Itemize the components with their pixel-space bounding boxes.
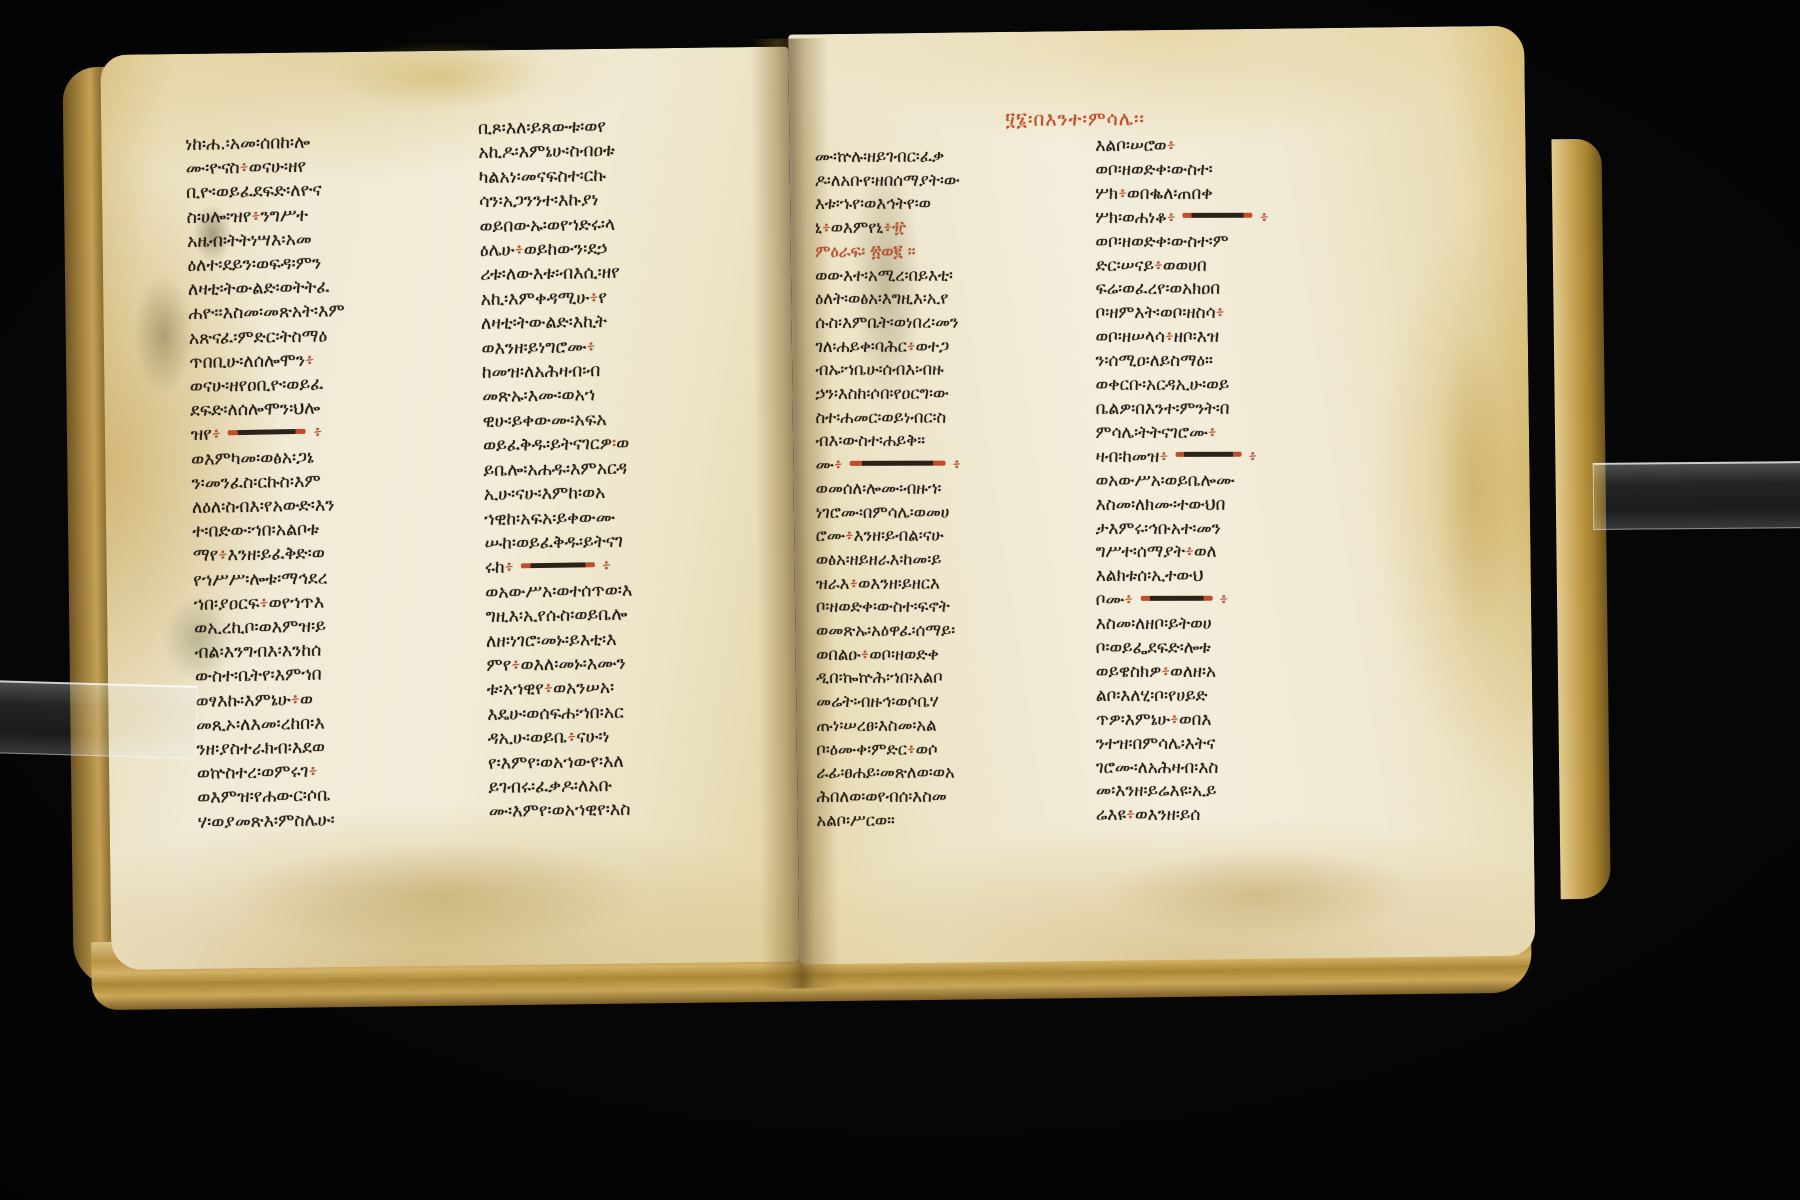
rubric-text-segment: ፥ (239, 158, 249, 178)
plastic-page-weight-strip-left (0, 680, 198, 759)
text-segment: ጡነ፡ሠረፀ፡እስመ፡አል (816, 716, 936, 735)
text-segment: ሐዮ፡፡እስመ፡መጽአት፡እም (188, 302, 345, 325)
text-segment: ወበልዑ (816, 645, 861, 664)
manuscript-text-line: †ጥዎ፡እምኔሁ፥ወበእ (1096, 708, 1444, 732)
manuscript-text-line: ወፅአ፡ዘይዘራእ፡ከመ፡ይ (816, 547, 1096, 571)
text-segment: እዴሁ፡ወሰፍሐ፡ኀበ፡አር (487, 702, 624, 724)
manuscript-text-line: ስተ፡ሐመር፡ወይነብር፡ስ (815, 405, 1095, 429)
text-segment: ምየ (486, 655, 511, 675)
manuscript-text-line: ምሳሌ፡ትትናገሮሙ፥ (1096, 421, 1444, 445)
manuscript-text-line: ወቦ፡ዘወድቀ፡ውስተ፡ም (1095, 230, 1443, 254)
section-divider-rule (228, 429, 306, 435)
text-segment: ንተዝ፡በምሳሌ፡እትና (1096, 733, 1215, 753)
text-segment: ወመጽኡ፡አዕዋፈ፡ሰማይ፡ (816, 621, 955, 640)
text-segment: ዊሁ፡ይቀውሙ፡አፍአ (482, 410, 606, 432)
text-segment: ን፡መንፈስ፡ርኩስ፡እም (191, 471, 321, 493)
manuscript-text-line: †ቦሙ፥፥ (1096, 589, 1444, 613)
text-segment: ወአውሥአ፡ወተሰጥወ፡እ (485, 580, 632, 602)
manuscript-text-line: ግሥተ፡ሰማያት፥ወለ (1096, 541, 1444, 565)
rubric-text-segment: ፥ (1219, 590, 1228, 610)
text-segment: ወውእተ፡አሚረ፡በይእቲ፡ (815, 265, 953, 284)
text-segment: ስ፡ሀሎ፡ዝየ (186, 206, 251, 227)
text-segment: እቱ፡ኁየ፡ወእኅትየ፡ወ (815, 194, 931, 213)
manuscript-text-line: ሬእዩ፥ወእንዘ፡ይሰ (1096, 804, 1444, 828)
text-segment: ታእምሩ፡ኅቡአተ፡መን (1096, 518, 1221, 538)
text-segment: ወይከውን፡ደኃ (524, 239, 608, 260)
text-segment: ን፡ሰሚዐ፡ለይስማዕ። (1096, 351, 1213, 371)
text-segment: ፍሬ፡ወፈረየ፡ወአክዐበ (1095, 279, 1220, 299)
text-segment: ወኵስተረ፡ወምሩገ (197, 762, 309, 784)
text-segment: ለዛቲ፡ትውልድ፡ወትትፈ (188, 278, 330, 301)
rubric-text-segment: ፥ (1170, 710, 1179, 730)
text-segment: ብኡ፡ኀቤሁ፡ሰብእ፡ብዙ (815, 360, 943, 379)
text-segment: ቦ፡ዕሙቀ፡ምድር (816, 739, 907, 758)
text-segment: ብል፡እንግብእ፡እንከሰ (194, 641, 321, 663)
manuscript-text-line: ወአውሥአ፡ወይቤሎሙ (1096, 469, 1444, 493)
text-segment: ሡከ፡ወይፈቅዱ፡ይትናገ (484, 532, 623, 554)
rubric-text-segment: ፥፹ (883, 218, 906, 237)
text-segment: ሬእዩ (1096, 805, 1126, 825)
manuscript-text-line: ሦክ፡ወሐነቆ፥፥ (1095, 206, 1443, 230)
text-segment: ወሶ (916, 739, 938, 758)
rubric-text-segment: ምዕራፍ፡ ፳ወ፪ ፡፡ (815, 242, 916, 261)
text-segment: ዶ፡ለአቡየ፡ዘበሰማያት፡ው (815, 170, 960, 189)
manuscript-text-line: ወይዌስክዎ፥ወለዘ፡አ (1096, 661, 1444, 685)
text-segment: ሪቱ፡ለውእቱ፡ብእሲ፡ዘየ (480, 263, 620, 285)
text-segment: ማየ (193, 546, 219, 566)
text-segment: ዕለት፡ወፅአ፡እግዚእ፡ኢየ (815, 289, 948, 308)
text-segment: ወአውሥአ፡ወይቤሎሙ (1096, 470, 1235, 490)
text-segment: ኃን፡እስከ፡ሶበ፡የዐርግ፡ው (815, 384, 948, 403)
text-segment: ሕበለወ፡ወየብሰ፡እስመ (816, 787, 946, 806)
text-segment: ኢሁ፡ናሁ፡እምከ፡ወአ (484, 483, 606, 505)
section-divider-rule (1183, 213, 1253, 218)
text-segment: ለዕለ፡ስብእ፡የአውድ፡እን (192, 495, 335, 518)
text-segment: ወበእ (1179, 710, 1212, 730)
text-segment: ውስተ፡ቤትየ፡እምኀበ (195, 665, 322, 687)
text-segment: ዝየ (190, 425, 211, 445)
rubric-text-segment: ፥ (1248, 447, 1257, 467)
rubric-text-segment: ፥ (313, 423, 323, 443)
text-segment: ወቦ፡ዘወድቀ (869, 644, 938, 663)
text-segment: ቦሙ (1096, 590, 1125, 610)
manuscript-text-line: እቱ፡ኁየ፡ወእኅትየ፡ወ (815, 192, 1095, 216)
text-segment: ብእ፡ውስተ፡ሐይቅ። (816, 431, 926, 450)
rubric-text-segment: ፥ (1124, 590, 1133, 610)
text-segment: እልቦ፡ሠሮወ (1095, 136, 1166, 156)
text-segment: እስመ፡ለክሙ፡ተውህበ (1096, 494, 1226, 514)
rubric-text-segment: ፥ (1260, 207, 1269, 227)
text-segment: ወበቈለ፡ጠበቀ (1127, 184, 1213, 204)
open-manuscript-book: ፶፮፡በእንተ፡ምሳሌ፡፡ ነከ፡ሐ.፡አመ፡ሰበከ፡ሎሙ፡ዮናስ፥ወናሁ፡ዘየ… (62, 19, 1619, 1016)
text-segment: ይገብሩ፡ፈቃዶ፡ለአቡ (488, 776, 612, 798)
manuscript-text-line: ፍሬ፡ወፈረየ፡ወአክዐበ (1095, 278, 1443, 302)
text-segment: ንዘ፡ያስተራክብ፡እደወ (196, 738, 325, 760)
text-segment: ገለ፡ሐይቀ፡ባሕር (815, 336, 907, 355)
manuscript-text-line: ወመጽኡ፡አዕዋፈ፡ሰማይ፡ (816, 618, 1096, 642)
rubric-text-segment: ፥ (218, 546, 228, 566)
text-segment: ወ (616, 434, 629, 454)
text-segment: ወ (300, 689, 313, 709)
manuscript-text-line: ወቦ፡ዘወድቀ፡ውስተ፡ (1095, 159, 1443, 183)
text-segment: ወፃእኩ፡እምኔሁ (195, 690, 291, 712)
manuscript-text-line: ዝራእ፥ወእንዘ፡ይዘርእ (816, 571, 1096, 595)
rubric-text-segment: ፥ (1167, 208, 1176, 228)
manuscript-text-line: ዶ፡ለአቡየ፡ዘበሰማያት፡ው (815, 168, 1095, 192)
text-segment: ወአንሠአ፡ (553, 678, 614, 699)
manuscript-text-line: ነገሮሙ፡በምሳሌ፡ወመሀ (816, 500, 1096, 524)
text-segment: ራፊ፡ፀሐይ፡መጽለወ፡ወአ (816, 763, 954, 782)
rubric-text-segment: ፥ (514, 240, 524, 260)
text-segment: መጺኦ፡ለእመ፡ረከበ፡እ (196, 713, 325, 735)
text-segment: ቢዮ፡ወይፈደፍድ፡ለዮና (186, 181, 322, 203)
text-segment: ቦ፡ዘምእት፡ወቦ፡ዘስሳ (1095, 303, 1215, 323)
text-segment: ወእንዘ፡ይዘርእ (858, 573, 940, 592)
right-page-column-1: ሙ፡ኵሉ፡ዘይገብር፡ፈቃዶ፡ለአቡየ፡ዘበሰማያት፡ውእቱ፡ኁየ፡ወእኅትየ፡… (815, 144, 1097, 835)
text-segment: እስመ፡ለዘቦ፡ይትወሀ (1096, 614, 1212, 634)
text-segment: ስተ፡ሐመር፡ወይነብር፡ስ (815, 407, 946, 426)
manuscript-text-line: †ዛብ፡ከመዝ፥፥ (1096, 445, 1444, 469)
text-segment: እንዘ፡ይብል፡ናሁ (854, 526, 944, 545)
manuscript-text-line: ወቦ፡ዘሠላሳ፥ዘቦ፡እዝ (1095, 326, 1443, 350)
text-segment: ወእምየኒ (831, 218, 884, 237)
manuscript-text-line: ብእ፡ውስተ፡ሐይቅ። (816, 429, 1096, 453)
text-segment: ኀዊከ፡አፍአ፡ይቀውሙ (484, 507, 615, 529)
manuscript-text-line: ልቦ፡እለሂ፡ቦ፡የሀይድ (1096, 684, 1444, 708)
text-segment: የ፡እምየ፡ወአኀውየ፡እለ (488, 751, 624, 773)
section-divider-rule (1175, 452, 1241, 457)
text-segment: ኀበ፡ያዐርፍ (194, 594, 260, 615)
section-divider-rule (1140, 596, 1212, 601)
rubric-text-segment: ፥ (1126, 805, 1135, 825)
text-segment: ጥዎ፡እምኔሁ (1096, 710, 1170, 730)
text-segment: ልቦ፡እለሂ፡ቦ፡የሀይድ (1096, 686, 1208, 706)
text-segment: ወእምዝ፡የሐውር፡ሶቤ (197, 786, 331, 808)
rubric-text-segment: ፥ (511, 655, 521, 675)
manuscript-text-line: ን፡ሰሚዐ፡ለይስማዕ። (1096, 350, 1444, 374)
text-segment: ምሳሌ፡ትትናገሮሙ (1096, 423, 1208, 443)
manuscript-text-line: ምዕራፍ፡ ፳ወ፪ ፡፡ (815, 239, 1095, 263)
text-segment: ወእለ፡መኑ፡እሙን (520, 654, 625, 676)
manuscript-text-line: ዲበ፡ኰኵሕ፡ኀበ፡አልቦ (816, 666, 1096, 690)
text-segment: ገሮሙ፡ለአሕዛብ፡እስ (1096, 757, 1219, 777)
text-segment: ወመሰለ፡ሎሙ፡ብዙኀ፡ (816, 478, 942, 497)
section-divider-rule (850, 461, 946, 466)
manuscript-text-line: መሬት፡ብዙኅ፡ወሶቤሃ (816, 689, 1096, 713)
rubric-text-segment: ፥ (861, 645, 870, 664)
text-segment: ሮሙ (816, 526, 845, 545)
text-segment: ንግሥተ (260, 205, 308, 226)
text-segment: ቤልዎ፡በእንተ፡ምንት፡በ (1096, 399, 1230, 419)
rubric-text-segment: ፥ (504, 558, 514, 578)
text-segment: ወኢረኪቦ፡ወእምዝ፡ይ (194, 617, 326, 639)
manuscript-text-line: ወመሰለ፡ሎሙ፡ብዙኀ፡ (816, 476, 1096, 500)
text-segment: ወቦ፡ዘሠላሳ (1096, 327, 1165, 347)
manuscript-text-line: ፪ቦ፡ወይፌደፍድ፡ሎቱ (1096, 637, 1444, 661)
text-segment: ሱስ፡እምቤት፡ወነበረ፡መን (815, 313, 958, 332)
rubric-text-segment: ፥ (1118, 184, 1127, 204)
text-segment: ድር፡ሠናይ (1095, 255, 1153, 275)
text-segment: ሳን፡አጋንንተ፡እኩያነ (479, 190, 599, 212)
rubric-text-segment: ፥ (907, 336, 916, 355)
rubric-text-segment: ፥ (1208, 423, 1217, 443)
text-segment: አዜብ፡ትትነሣእ፡አመ (187, 230, 312, 252)
right-page-column-2: ፥—እልቦ፡ሠሮወ፥ወቦ፡ዘወድቀ፡ውስተ፡ሦክ፥ወበቈለ፡ጠበቀሦክ፡ወሐነቆ… (1095, 135, 1444, 835)
text-segment: መጽኡ፡እሙ፡ወአኀ (482, 386, 595, 408)
text-segment: ለዛቲ፡ትውልድ፡እኪት (481, 312, 607, 334)
manuscript-text-line: ቦ፡ዕሙቀ፡ምድር፥ወሶ (816, 737, 1096, 761)
manuscript-text-line: ገለ፡ሐይቀ፡ባሕር፥ወተጋ (815, 334, 1095, 358)
manuscript-text-line: ጡነ፡ሠረፀ፡እስመ፡አል (816, 713, 1096, 737)
manuscript-text-line: ፮ዕለት፡ወፅአ፡እግዚእ፡ኢየ (815, 286, 1095, 310)
text-segment: ቦ፡ዘወድቀ፡ውስተ፡ፍኖት (816, 597, 950, 616)
manuscript-text-line: ቦ፡ዘወድቀ፡ውስተ፡ፍኖት (816, 595, 1096, 619)
manuscript-text-line: ቦ፡ዘምእት፡ወቦ፡ዘስሳ፥ (1095, 302, 1443, 326)
text-segment: ወወሀበ (1163, 255, 1207, 275)
rubric-text-segment: ፥ (251, 206, 261, 226)
text-segment: ሩከ (485, 558, 505, 578)
manuscript-text-line: ፹፮ኒ፥ወእምየኒ፥፹ (815, 215, 1095, 239)
manuscript-text-line: ሙ፡እምየ፡ወአኀዊየ፡እስ (489, 795, 811, 824)
text-segment: አኪ፡እምቀዳሚሁ (481, 288, 590, 310)
text-segment: ወእምካመ፡ወፅአ፡ጋኔ (191, 447, 314, 469)
manuscript-photograph: ፶፮፡በእንተ፡ምሳሌ፡፡ ነከ፡ሐ.፡አመ፡ሰበከ፡ሎሙ፡ዮናስ፥ወናሁ፡ዘየ… (0, 0, 1800, 1200)
text-segment: ወእንዘ፡ይነግሮሙ (481, 337, 586, 359)
rubric-text-segment: ፥ (834, 455, 843, 474)
text-segment: ወለ (1194, 542, 1217, 562)
rubric-text-segment: ፥ (589, 288, 599, 308)
manuscript-text-line: ገሮሙ፡ለአሕዛብ፡እስ (1096, 756, 1444, 780)
text-segment: ሦክ፡ወሐነቆ (1095, 208, 1166, 228)
rubric-text-segment: ፥ (953, 455, 962, 474)
text-segment: ወእንዘ፡ይሰ (1135, 805, 1200, 825)
rubric-text-segment: ፥ (259, 593, 269, 613)
manuscript-text-line: ኰ፫ንተዝ፡በምሳሌ፡እትና (1096, 732, 1444, 756)
manuscript-text-line: ሙ፥፥ (816, 452, 1096, 476)
manuscript-text-line: ራፊ፡ፀሐይ፡መጽለወ፡ወአ (816, 761, 1096, 785)
text-segment: ዕሌሁ (480, 240, 515, 261)
text-segment: አልቦ፡ሥርወ። (817, 810, 895, 829)
text-segment: እንዘ፡ይፈቅድ፡ወ (227, 544, 325, 566)
manuscript-text-line: ሕበለወ፡ወየብሰ፡እስመ (816, 784, 1096, 808)
manuscript-text-line: ሱስ፡እምቤት፡ወነበረ፡መን (815, 310, 1095, 334)
text-segment: ሦክ (1095, 184, 1118, 204)
text-segment: ሙ፡ዮናስ (186, 158, 240, 179)
manuscript-text-line: አልቦ፡ሥርወ። (817, 808, 1097, 832)
text-segment: ዲበ፡ኰኵሕ፡ኀበ፡አልቦ (816, 668, 943, 687)
manuscript-text-line: ሙ፡ኵሉ፡ዘይገብር፡ፈቃ (815, 144, 1095, 168)
text-segment: ሙ፡ኵሉ፡ዘይገብር፡ፈቃ (815, 147, 944, 166)
rubric-text-segment: ፥ (212, 425, 222, 445)
text-segment: ወለዘ፡አ (1170, 662, 1216, 682)
text-segment: ለዘ፡ነገሮ፡መኑ፡ይእቲ፡እ (486, 629, 617, 651)
text-segment: መሬት፡ብዙኅ፡ወሶቤሃ (816, 692, 938, 711)
rubric-section-header: ፶፮፡በእንተ፡ምሳሌ፡፡ (1005, 107, 1335, 131)
manuscript-text-line: ድር፡ሠናይ፥ወወሀበ (1095, 254, 1443, 278)
text-segment: ከመዝ፡ለአሕዛብ፡ብ (482, 361, 601, 383)
manuscript-text-line: ወቀርቡ፡አርዳኢሁ፡ወይ (1096, 374, 1444, 398)
text-segment: ቦ፡ወይፌደፍድ፡ሎቱ (1096, 638, 1211, 658)
text-segment: ወቦ፡ዘወድቀ፡ውስተ፡ (1095, 160, 1212, 180)
text-segment: ተ፡በድው፡ኀበ፡አልቦቱ (192, 520, 319, 542)
rubric-text-segment: ፥ (586, 337, 596, 357)
text-segment: የኀሥሥ፡ሎቱ፡ማኅደረ (193, 568, 327, 590)
text-segment: ይቤሎ፡አሐዱ፡እምአርዳ (483, 458, 627, 480)
manuscript-text-line: እልክቱሰ፡ኢተውህ (1096, 565, 1444, 589)
manuscript-text-line: ጠዐወውእተ፡አሚረ፡በይእቲ፡ (815, 263, 1095, 287)
text-segment: ወፅአ፡ዘይዘራእ፡ከመ፡ይ (816, 550, 942, 569)
text-segment: ነከ፡ሐ.፡አመ፡ሰበከ፡ሎ (185, 133, 310, 155)
text-segment: ወተጋ (916, 336, 950, 355)
text-segment: ዝራእ (816, 574, 850, 593)
left-page-column-2: ቢጾ፡እለ፡ይጸውቱ፡ወየአኪዶ፡እምኔሁ፡ስብዐቱካልአነ፡መናፍስተ፡ርኩሳ… (478, 112, 811, 829)
rubric-text-segment: ፥ (305, 351, 315, 371)
section-divider-rule (521, 562, 595, 568)
text-segment: ዘቦ፡እዝ (1174, 327, 1219, 347)
manuscript-text-line: ወበልዑ፥ወቦ፡ዘወድቀ (816, 642, 1096, 666)
manuscript-text-line: ቤልዎ፡በእንተ፡ምንት፡በ (1096, 398, 1444, 422)
rubric-text-segment: ፥ (1159, 447, 1168, 467)
text-segment: ሙ (816, 455, 834, 474)
rubric-text-segment: ፥ (1185, 542, 1194, 562)
text-segment: ወይፈቅዱ፡ይትናገርዎ (483, 434, 612, 456)
rubric-text-segment: ፥ (602, 556, 612, 576)
rubric-text-segment: ፥ (308, 762, 318, 782)
rubric-text-segment: ፥ (845, 526, 854, 545)
manuscript-text-line: ብኡ፡ኀቤሁ፡ሰብእ፡ብዙ (815, 358, 1095, 382)
rubric-text-segment: ፥ (567, 728, 577, 748)
text-segment: ዛብ፡ከመዝ (1096, 447, 1160, 467)
manuscript-text-line: ታእምሩ፡ኅቡአተ፡መን (1096, 517, 1444, 541)
text-segment: ዳኢሁ፡ወይቤ (487, 728, 567, 749)
text-segment: ወይበውኡ፡ወየኀድሩ፡ላ (479, 214, 615, 236)
rubric-text-segment: ፥ (849, 574, 858, 593)
text-segment: ዕለተ፡ደይን፡ወፍዳ፡ምን (187, 254, 321, 276)
rubric-text-segment: ፥ (1165, 327, 1174, 347)
text-segment: ወናሁ፡ዘየ (249, 157, 307, 178)
manuscript-text-line: ፥—እልቦ፡ሠሮወ፥ (1095, 135, 1443, 159)
text-segment: መ፡እንዘ፡ይሬእዩ፡ኢይ (1096, 781, 1217, 801)
text-segment: የ (598, 288, 607, 308)
text-segment: እልክቱሰ፡ኢተውህ (1096, 566, 1204, 586)
text-segment: ሙ፡እምየ፡ወአኀዊየ፡እስ (489, 800, 631, 822)
rubric-text-segment: ፥ (1216, 303, 1225, 323)
manuscript-text-line: እስመ፡ለክሙ፡ተውህበ (1096, 493, 1444, 517)
text-segment: ሃ፡ወያመጽእ፡ምስሌሁ፡ (198, 810, 335, 833)
text-segment: ወየኀጥእ (268, 592, 324, 613)
text-segment: ጥበቢሁ፡ለሰሎሞን (189, 351, 305, 373)
manuscript-text-line: መ፡እንዘ፡ይሬእዩ፡ኢይ (1096, 780, 1444, 804)
manuscript-text-line: ኃን፡እስከ፡ሶበ፡የዐርግ፡ው (815, 381, 1095, 405)
text-segment: ወቀርቡ፡አርዳኢሁ፡ወይ (1096, 375, 1230, 395)
text-segment: ካልአነ፡መናፍስተ፡ርኩ (479, 166, 606, 188)
rubric-text-segment: ፥ (1167, 136, 1176, 156)
text-segment: ወናሁ፡ዘየዐቢዮ፡ወይፈ (190, 375, 324, 397)
manuscript-text-line: የኅ፰እስመ፡ለዘቦ፡ይትወሀ (1096, 613, 1444, 637)
text-segment: ወቦ፡ዘወድቀ፡ውስተ፡ም (1095, 231, 1228, 251)
text-segment: ናሁ፡ነ (576, 727, 610, 748)
text-segment: አጽናፈ፡ምድር፡ትስማዕ (189, 326, 328, 349)
manuscript-text-line: ሦክ፥ወበቈለ፡ጠበቀ (1095, 182, 1443, 206)
text-segment: ቱ፡አኀዊየ (487, 679, 544, 700)
manuscript-text-line: ሮሙ፥እንዘ፡ይብል፡ናሁ (816, 523, 1096, 547)
text-segment: ወይዌስክዎ (1096, 662, 1161, 682)
text-segment: ግዚእ፡ኢየሱስ፡ወይቤሎ (486, 605, 628, 627)
text-segment: ነገሮሙ፡በምሳሌ፡ወመሀ (816, 502, 950, 521)
rubric-text-segment: ፥ (822, 218, 831, 237)
plastic-page-weight-strip-right (1593, 461, 1800, 530)
text-segment: ደፍድ፡ለሰሎሞን፡ህሎ (190, 399, 320, 421)
text-segment: አኪዶ፡እምኔሁ፡ስብዐቱ (478, 141, 615, 163)
text-segment: ግሥተ፡ሰማያት (1096, 542, 1185, 562)
text-segment: ቢጾ፡እለ፡ይጸውቱ፡ወየ (478, 117, 606, 139)
